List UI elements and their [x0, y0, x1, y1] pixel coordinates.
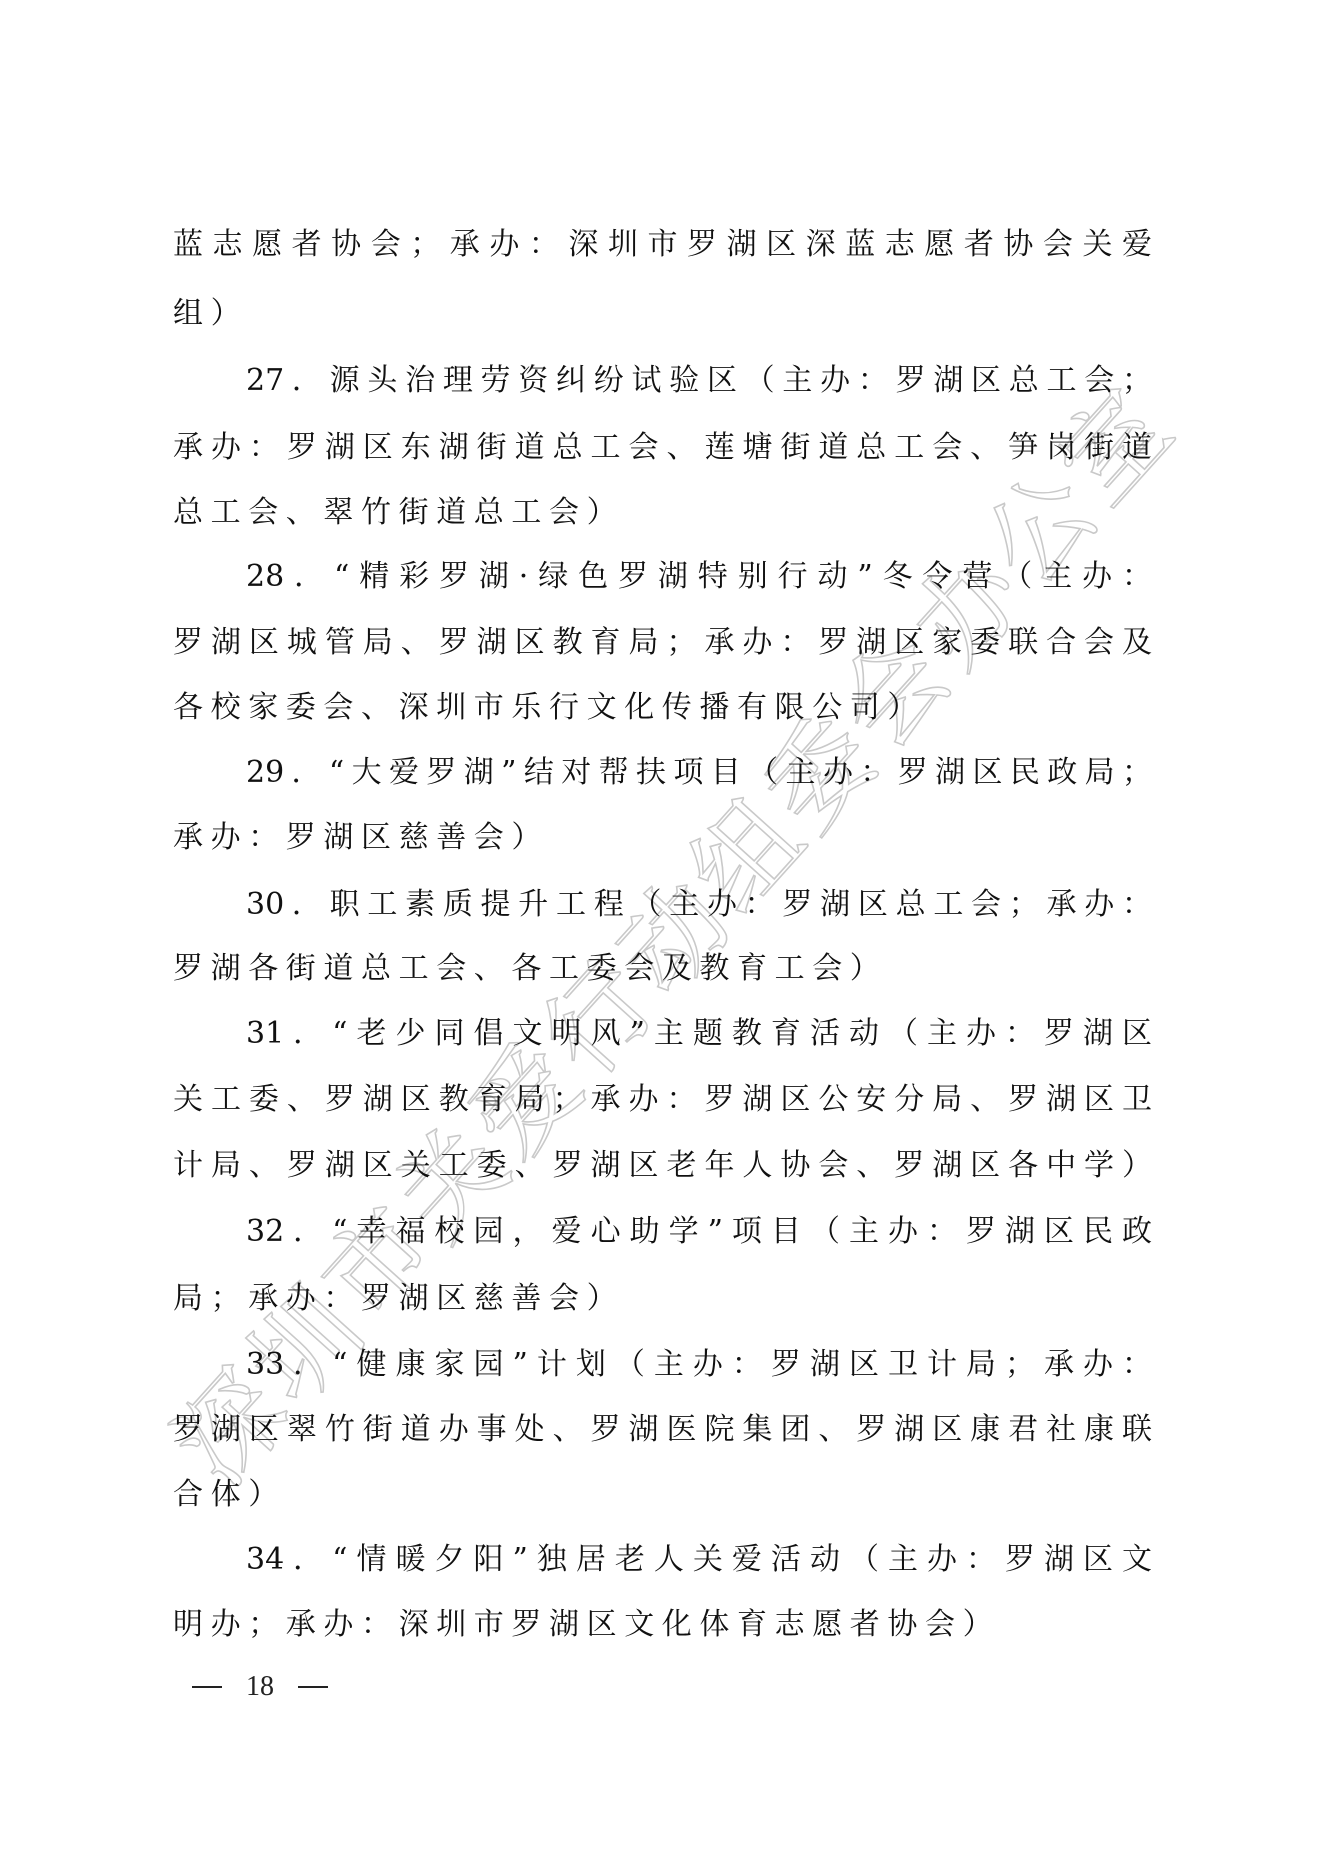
text-line: 罗湖各街道总工会、各工委会及教育工会） [173, 949, 1152, 989]
text-line: 计局、罗湖区关工委、罗湖区老年人协会、罗湖区各中学） [173, 1146, 1152, 1186]
list-item-27: 27．源头治理劳资纠纷试验区（主办：罗湖区总工会； [246, 361, 1152, 401]
dash-right [298, 1686, 328, 1688]
list-item-28: 28．“精彩罗湖·绿色罗湖特别行动”冬令营（主办： [246, 557, 1152, 597]
text-line: 局；承办：罗湖区慈善会） [173, 1279, 1152, 1319]
text-line: 合体） [173, 1475, 1152, 1515]
list-item-31: 31．“老少同倡文明风”主题教育活动（主办：罗湖区 [246, 1014, 1152, 1054]
text-line: 蓝志愿者协会；承办：深圳市罗湖区深蓝志愿者协会关爱 [173, 225, 1152, 265]
text-line: 承办：罗湖区东湖街道总工会、莲塘街道总工会、笋岗街道 [173, 428, 1152, 468]
list-item-32: 32．“幸福校园，爱心助学”项目（主办：罗湖区民政 [246, 1212, 1152, 1252]
text-line: 明办；承办：深圳市罗湖区文化体育志愿者协会） [173, 1605, 1152, 1645]
list-item-33: 33．“健康家园”计划（主办：罗湖区卫计局；承办： [246, 1345, 1152, 1385]
text-line: 关工委、罗湖区教育局；承办：罗湖区公安分局、罗湖区卫 [173, 1080, 1152, 1120]
list-item-30: 30．职工素质提升工程（主办：罗湖区总工会；承办： [246, 885, 1152, 925]
text-line: 罗湖区翠竹街道办事处、罗湖医院集团、罗湖区康君社康联 [173, 1410, 1152, 1450]
dash-left [192, 1686, 222, 1688]
list-item-29: 29．“大爱罗湖”结对帮扶项目（主办：罗湖区民政局； [246, 753, 1152, 793]
page-number-value: 18 [246, 1669, 274, 1705]
document-page: 深圳市关爱行动组委会办公室 蓝志愿者协会；承办：深圳市罗湖区深蓝志愿者协会关爱 … [0, 0, 1323, 1871]
text-line: 各校家委会、深圳市乐行文化传播有限公司） [173, 688, 1152, 728]
list-item-34: 34．“情暖夕阳”独居老人关爱活动（主办：罗湖区文 [246, 1540, 1152, 1580]
text-line: 组） [173, 294, 1152, 334]
text-line: 总工会、翠竹街道总工会） [173, 493, 1152, 533]
text-line: 承办：罗湖区慈善会） [173, 818, 1152, 858]
page-number: 18 [192, 1667, 328, 1703]
text-line: 罗湖区城管局、罗湖区教育局；承办：罗湖区家委联合会及 [173, 623, 1152, 663]
